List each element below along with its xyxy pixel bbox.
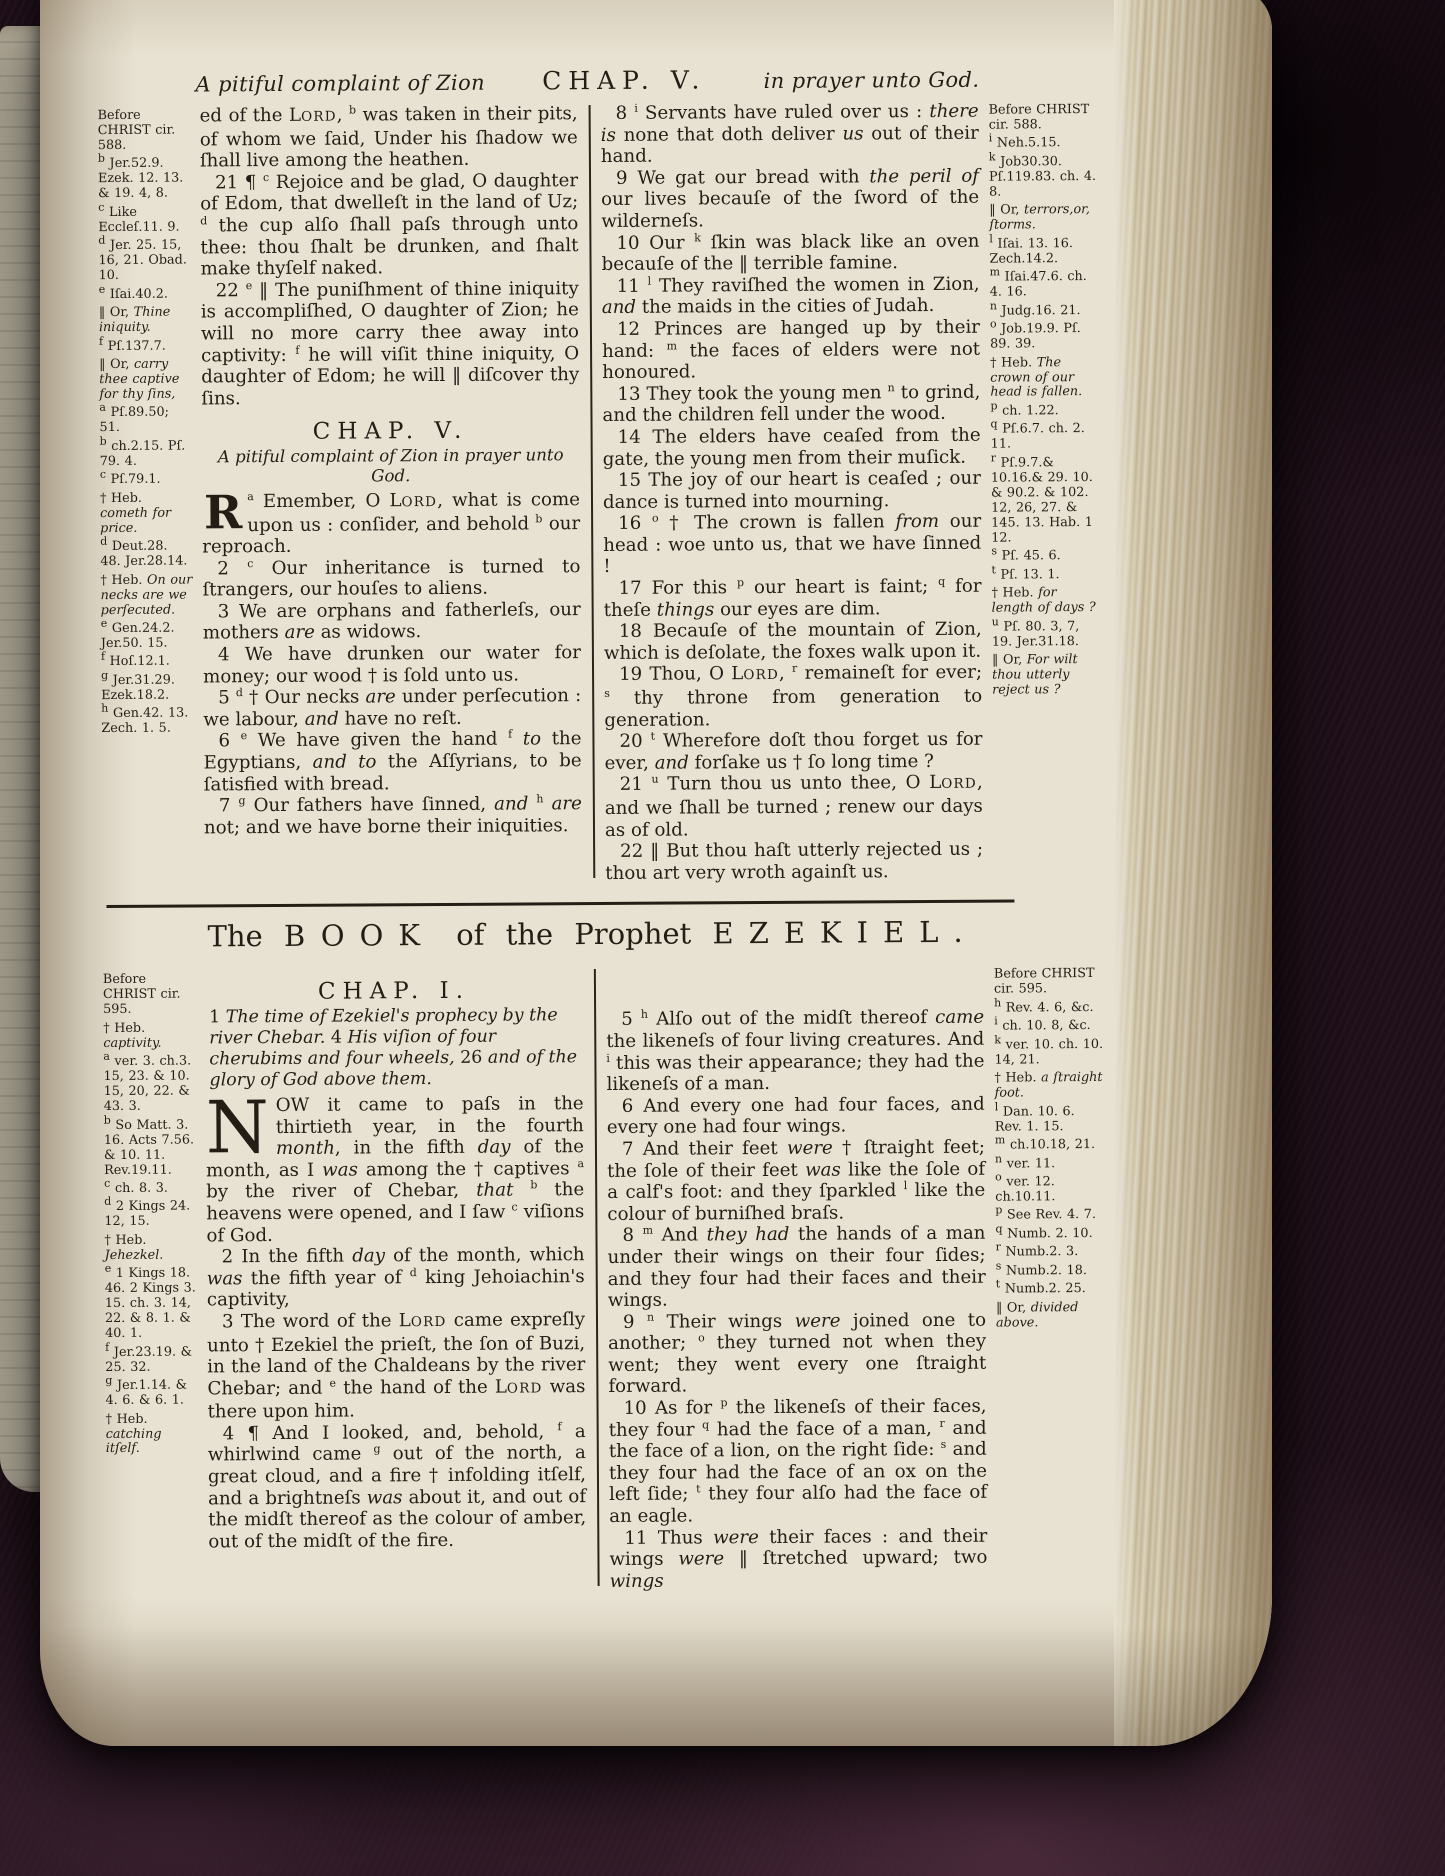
margin-note: m Iſai.47.6. ch. 4. 16. <box>990 270 1101 301</box>
margin-note: r Numb.2. 3. <box>996 1245 1107 1261</box>
margin-note: Before CHRIST cir. 588. <box>98 109 190 154</box>
margin-note: † Heb. a ſtraight foot. <box>994 1071 1105 1102</box>
margin-note: c Like Eccleſ.11. 9. <box>98 205 190 235</box>
book-title-name: EZEKIEL. <box>712 915 977 951</box>
margin-note: a ver. 3. ch.3. 15, 23. & 10. 15, 20, 22… <box>103 1055 195 1115</box>
verse: 7 g Our fathers have ſinned, and h are n… <box>204 793 582 838</box>
margin-note: k ver. 10. ch. 10. 14, 21. <box>994 1038 1105 1069</box>
margin-note: e 1 Kings 18. 46. 2 Kings 3. 15. ch. 3. … <box>105 1267 197 1342</box>
verse: 10 Our k ſkin was black like an oven bec… <box>601 230 979 275</box>
column-divider-rule <box>588 105 595 878</box>
verse: 9 We gat our bread with the peril of our… <box>601 165 979 232</box>
verse: 12 Princes are hanged up by their hand: … <box>602 317 980 384</box>
book-title-book: BOOK <box>284 918 435 953</box>
ezekiel-ch1-verses-left: NOW it came to paſs in the thirtieth yea… <box>206 1093 587 1553</box>
book-title: The BOOK of the Prophet EZEKIEL. <box>103 914 1105 954</box>
margin-note: a Pſ.89.50; 51. <box>99 406 191 436</box>
margin-note: u Pſ. 80. 3, 7, 19. Jer.31.18. <box>992 619 1103 650</box>
margin-note: b So Matt. 3. 16. Acts 7.56. & 10. 11. R… <box>104 1118 196 1178</box>
verse: 10 As for p the likeneſs of their faces,… <box>608 1396 987 1528</box>
verse: 4 ¶ And I looked, and, behold, f a whirl… <box>208 1421 587 1553</box>
verse: 17 For this p our heart is faint; q for … <box>603 576 981 621</box>
ezekiel-left-margin-notes: Before CHRIST cir. 595.† Heb. captivity.… <box>103 970 199 1596</box>
margin-note: ‖ Or, divided above. <box>996 1301 1107 1332</box>
margin-note: i Neh.5.15. <box>989 136 1100 152</box>
margin-note: h Gen.42. 13. Zech. 1. 5. <box>101 707 193 737</box>
verse: 8 m And they had the hands of a man unde… <box>607 1223 986 1312</box>
ezekiel-left-column: CHAP. I. 1 The time of Ezekiel's prophec… <box>205 968 587 1595</box>
margin-note: n ver. 11. <box>995 1156 1106 1172</box>
margin-note: c Pſ.79.1. <box>100 473 192 489</box>
margin-note: e Iſai.40.2. <box>99 287 191 303</box>
running-head-right: in prayer unto God. <box>763 68 979 93</box>
margin-note: ‖ Or, terrors,or, ſtorms. <box>989 203 1100 234</box>
margin-note: e Gen.24.2. Jer.50. 15. <box>101 622 193 652</box>
section-divider-rule <box>106 900 1014 909</box>
lamentations-right-margin-notes: Before CHRIST cir. 588.i Neh.5.15.k Job3… <box>989 100 1105 882</box>
margin-note: t Pſ. 13. 1. <box>991 568 1102 584</box>
verse: 5 h Alſo out of the midſt thereof came t… <box>606 1007 985 1096</box>
running-head: A pitiful complaint of Zion CHAP. V. in … <box>97 63 1099 106</box>
margin-note: s Numb.2. 18. <box>996 1264 1107 1280</box>
margin-note: o Job.19.9. Pſ. 89. 39. <box>990 322 1101 353</box>
verse: 16 o † The crown is fallen from our head… <box>603 511 981 578</box>
bottom-shadow <box>40 1626 1272 1746</box>
chapter-heading-lam-5: CHAP. V. <box>202 420 580 444</box>
lamentations-left-margin-notes: Before CHRIST cir. 588.b Jer.52.9. Ezek.… <box>98 106 195 888</box>
margin-note: Before CHRIST cir. 588. <box>989 103 1100 134</box>
margin-note: Before CHRIST cir. 595. <box>994 967 1105 998</box>
margin-note: i ch. 10. 8, &c. <box>994 1019 1105 1035</box>
margin-note: k Job30.30. Pſ.119.83. ch. 4. 8. <box>989 155 1100 201</box>
chapter-argument-lam-5: A pitiful complaint of Zion in prayer un… <box>202 445 580 487</box>
verse: 19 Thou, O LORD, r remaineſt for ever; s… <box>604 662 982 731</box>
verse: 13 They took the young men n to grind, a… <box>602 381 980 426</box>
margin-note: p ch. 1.22. <box>990 404 1101 420</box>
margin-note: s Pſ. 45. 6. <box>991 549 1102 565</box>
margin-note: f Jer.23.19. & 25. 32. <box>105 1345 197 1375</box>
verse: 7 And their feet were † ſtraight feet; t… <box>607 1137 986 1226</box>
verse: 18 Becauſe of the mountain of Zion, whic… <box>604 619 982 664</box>
verse: 15 The joy of our heart is ceaſed ; our … <box>603 468 981 513</box>
margin-note: f Pſ.137.7. <box>99 339 191 355</box>
verse: 2 c Our inheritance is turned to ſtrange… <box>202 556 580 601</box>
margin-note: d Jer. 25. 15, 16, 21. Obad. 10. <box>98 239 190 284</box>
margin-note: r Pſ.9.7.& 10.16.& 29. 10. & 90.2. & 102… <box>991 456 1103 546</box>
verse: 22 e ‖ The puniſhment of thine iniquity … <box>201 278 580 410</box>
ezekiel-section: Before CHRIST cir. 595.† Heb. captivity.… <box>103 964 1109 1595</box>
margin-note: f Hoſ.12.1. <box>101 655 193 671</box>
verse: 21 ¶ c Rejoice and be glad, O daughter o… <box>200 170 579 280</box>
margin-note: Before CHRIST cir. 595. <box>103 973 195 1018</box>
verse: 4 We have drunken our water for money; o… <box>203 642 581 687</box>
margin-note: l Iſai. 13. 16. Zech.14.2. <box>989 237 1100 268</box>
verse: 6 e We have given the hand f to the Egyp… <box>203 729 581 796</box>
verse: Ra Emember, O LORD, what is come upon us… <box>202 489 580 558</box>
running-head-center: CHAP. V. <box>542 65 706 95</box>
margin-note: d 2 Kings 24. 12, 15. <box>104 1200 196 1230</box>
chapter-argument-ezek-1: 1 The time of Ezekiel's prophecy by the … <box>205 1005 584 1091</box>
margin-note: b ch.2.15. Pſ. 79. 4. <box>100 439 192 469</box>
margin-note: † Heb. captivity. <box>103 1021 195 1051</box>
page-edge-stack <box>1114 0 1272 1746</box>
margin-note: q Numb. 2. 10. <box>995 1227 1106 1243</box>
margin-note: d Deut.28. 48. Jer.28.14. <box>100 540 192 570</box>
book-title-pre: The <box>207 919 262 953</box>
margin-note: h Rev. 4. 6, &c. <box>994 1001 1105 1017</box>
margin-note: † Heb. Jehezkel. <box>104 1233 196 1263</box>
verse: 20 t Wherefore doſt thou forget us for e… <box>604 729 982 774</box>
margin-note: † Heb. for length of days ? <box>992 586 1103 617</box>
margin-note: g Jer.31.29. Ezek.18.2. <box>101 673 193 703</box>
margin-note: p See Rev. 4. 7. <box>995 1208 1106 1224</box>
margin-note: c ch. 8. 3. <box>104 1181 196 1197</box>
running-head-left: A pitiful complaint of Zion <box>195 71 485 97</box>
verse: 3 The word of the LORD came expreſly unt… <box>207 1309 586 1423</box>
book-page: A pitiful complaint of Zion CHAP. V. in … <box>40 0 1272 1746</box>
book-title-mid: of the Prophet <box>456 917 691 952</box>
verse: 5 d † Our necks are under perſecution : … <box>203 685 581 730</box>
margin-note: ‖ Or, carry thee captive for thy ſins, <box>99 358 191 403</box>
ezekiel-right-margin-notes: Before CHRIST cir. 595.h Rev. 4. 6, &c.i… <box>994 964 1109 1590</box>
verse: NOW it came to paſs in the thirtieth yea… <box>206 1093 585 1246</box>
margin-note: g Jer.1.14. & 4. 6. & 6. 1. <box>105 1379 197 1409</box>
lamentations-right-column: 8 i Servants have ruled over us : there … <box>601 101 984 885</box>
margin-note: m ch.10.18, 21. <box>995 1138 1106 1154</box>
margin-note: ‖ Or, Thine iniquity. <box>99 306 191 336</box>
ezekiel-right-column: 5 h Alſo out of the midſt thereof came t… <box>606 965 988 1592</box>
margin-note: † Heb. catching itſelf. <box>106 1412 198 1457</box>
margin-note: † Heb. On our necks are we perſecuted. <box>100 573 192 618</box>
lamentations-section: Before CHRIST cir. 588.b Jer.52.9. Ezek.… <box>98 100 1105 887</box>
lamentations-ch5-verses-left: Ra Emember, O LORD, what is come upon us… <box>202 489 582 839</box>
margin-note: q Pſ.6.7. ch. 2. 11. <box>991 422 1102 453</box>
verse: 22 ‖ But thou haſt utterly rejected us ;… <box>605 839 983 884</box>
verse: 11 Thus were their faces : and their win… <box>609 1525 987 1592</box>
verse: ed of the LORD, b was taken in their pit… <box>200 103 578 172</box>
margin-note: † Heb. The crown of our head is fallen. <box>990 355 1101 401</box>
lamentations-left-column: ed of the LORD, b was taken in their pit… <box>200 103 583 887</box>
margin-note: † Heb. cometh for price. <box>100 491 192 536</box>
verse: 11 l They raviſhed the women in Zion, an… <box>602 273 980 318</box>
verse: 14 The elders have ceaſed from the gate,… <box>603 425 981 470</box>
page-content: A pitiful complaint of Zion CHAP. V. in … <box>97 63 1108 1595</box>
margin-note: l Dan. 10. 6. Rev. 1. 15. <box>995 1105 1106 1136</box>
margin-note: t Numb.2. 25. <box>996 1282 1107 1298</box>
verse: 3 We are orphans and fatherleſs, our mot… <box>203 599 581 644</box>
margin-note: o ver. 12. ch.10.11. <box>995 1175 1106 1206</box>
verse: 21 u Turn thou us unto thee, O LORD, and… <box>605 772 983 841</box>
margin-note: b Jer.52.9. Ezek. 12. 13. & 19. 4, 8. <box>98 157 190 202</box>
lamentations-ch4-verses: ed of the LORD, b was taken in their pit… <box>200 103 580 410</box>
verse: 6 And every one had four faces, and ever… <box>607 1093 985 1138</box>
margin-note: ‖ Or, For wilt thou utterly reject us ? <box>992 653 1103 699</box>
verse: 2 In the fifth day of the month, which w… <box>207 1244 585 1311</box>
verse: 9 n Their wings were joined one to anoth… <box>608 1309 987 1398</box>
column-divider-rule <box>593 969 599 1586</box>
chapter-heading-ezek-1: CHAP. I. <box>205 981 583 1005</box>
verse: 8 i Servants have ruled over us : there … <box>601 101 979 168</box>
margin-note: n Judg.16. 21. <box>990 304 1101 320</box>
